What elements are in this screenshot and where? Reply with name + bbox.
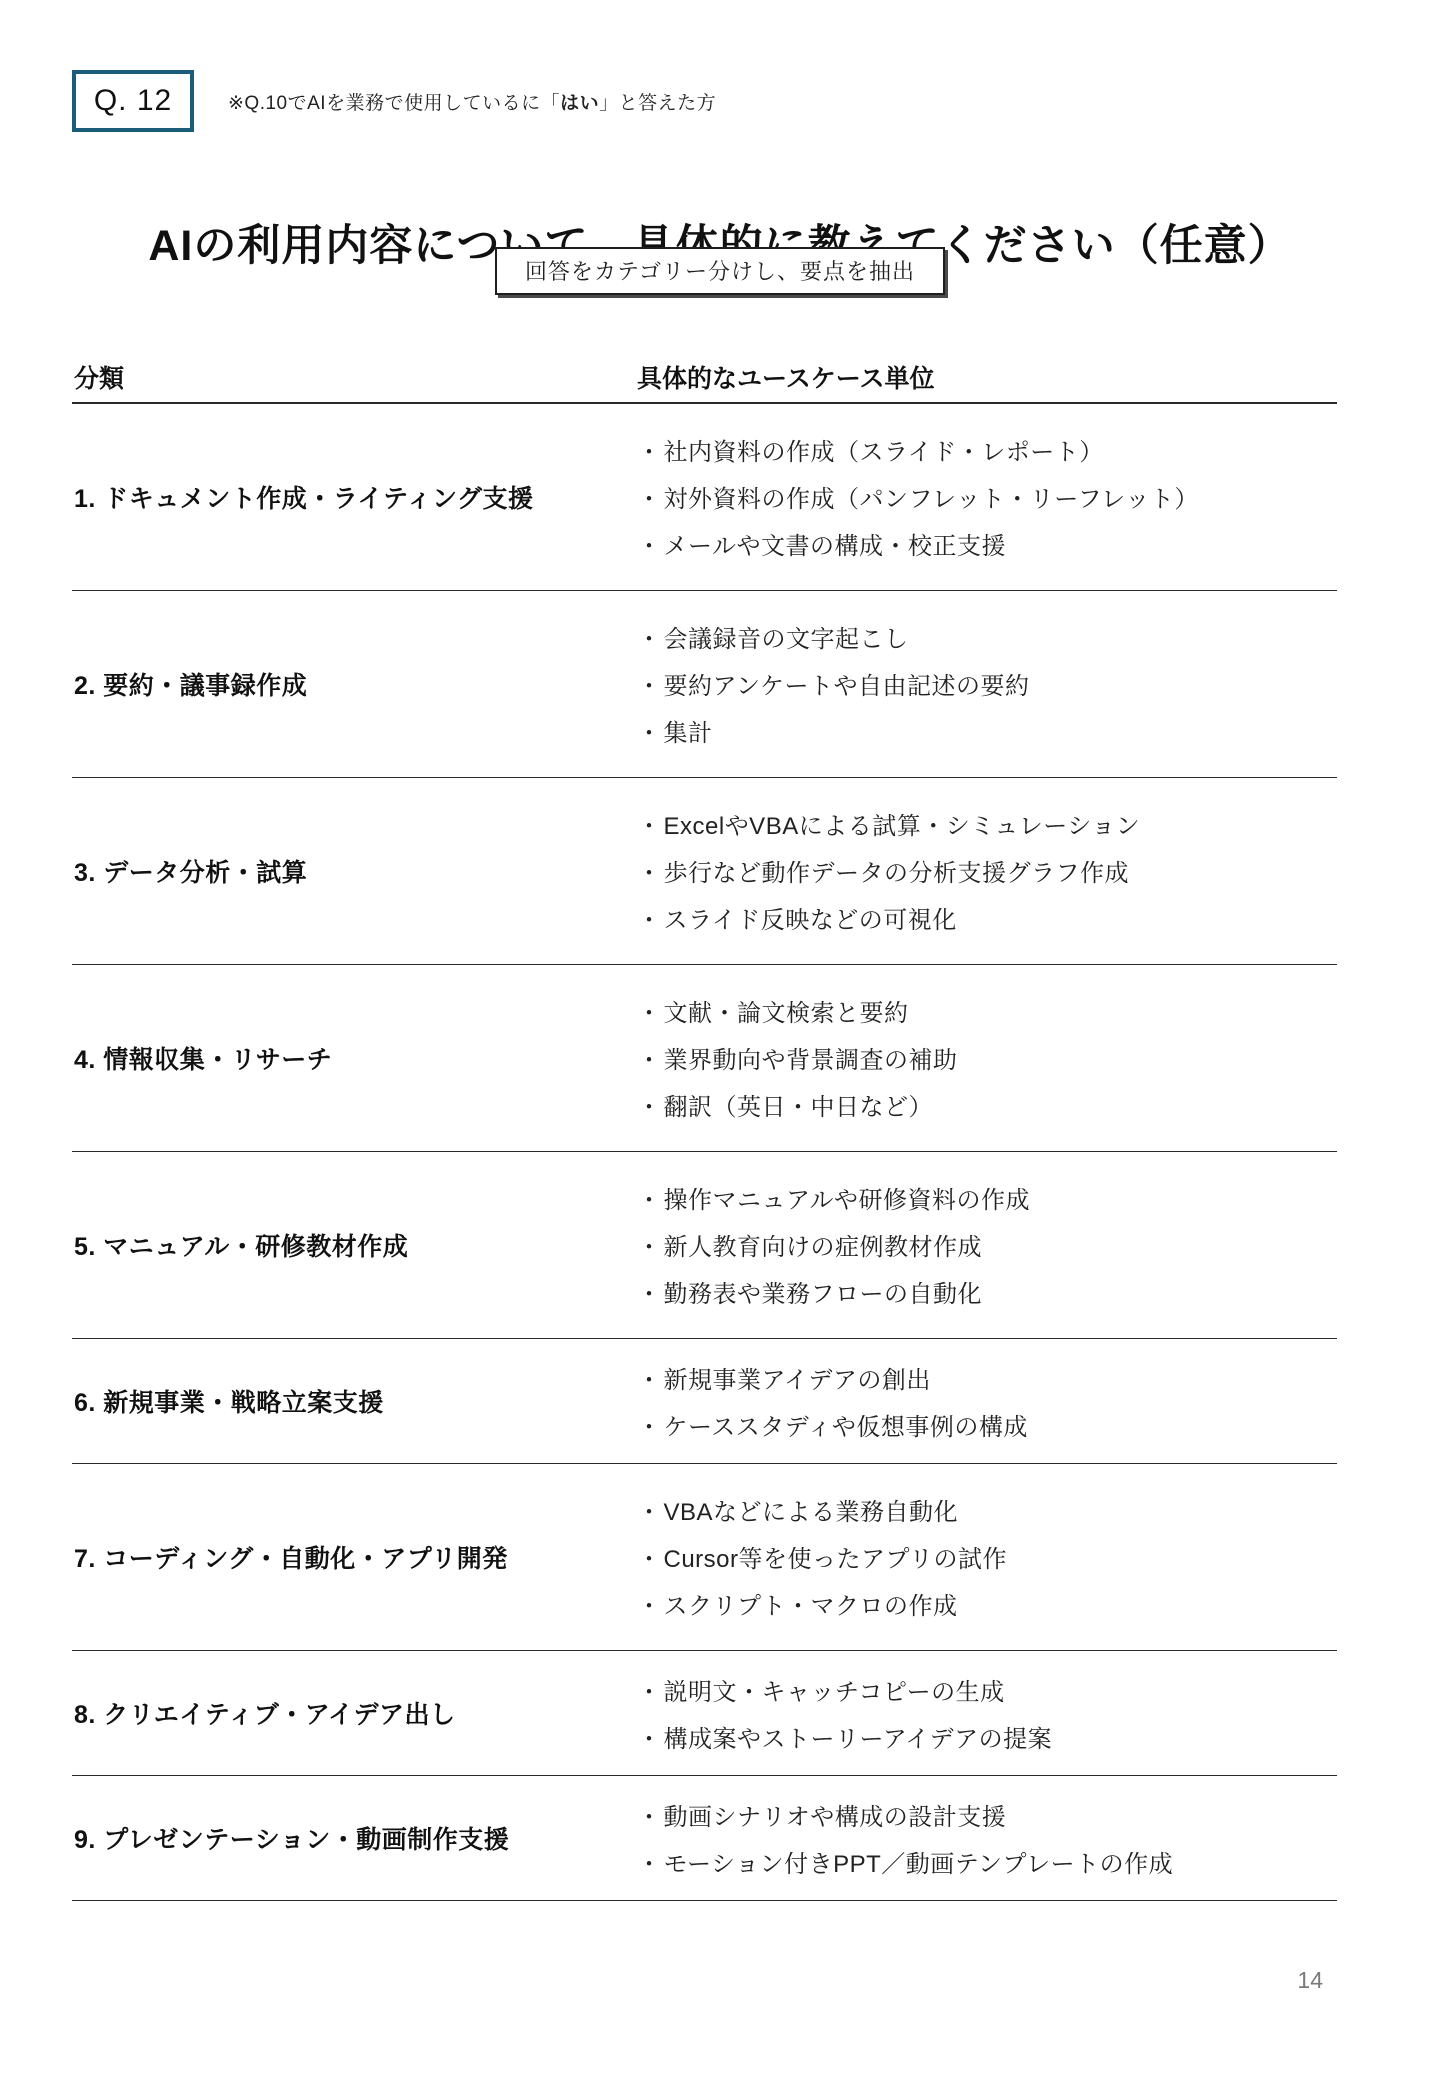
usecase-list: ・VBAなどによる業務自動化・Cursor等を使ったアプリの試作・スクリプト・マ… (637, 1486, 1337, 1627)
usecase-item: ・VBAなどによる業務自動化 (637, 1486, 1337, 1533)
usecase-list: ・説明文・キャッチコピーの生成・構成案やストーリーアイデアの提案 (637, 1666, 1337, 1760)
note-prefix: ※Q.10でAIを業務で使用しているに「 (228, 93, 560, 114)
category-label: 4. 情報収集・リサーチ (72, 1040, 637, 1076)
usecase-item: ・歩行など動作データの分析支援グラフ作成 (637, 847, 1337, 894)
bullet-icon: ・ (637, 900, 662, 935)
note-bold: はい (560, 93, 599, 114)
usecase-text: 会議録音の文字起こし (664, 619, 909, 654)
column-header-category: 分類 (72, 359, 637, 395)
bullet-icon: ・ (637, 1040, 662, 1075)
bullet-icon: ・ (637, 806, 662, 841)
column-header-usecases: 具体的なユースケース単位 (637, 359, 1337, 395)
bullet-icon: ・ (637, 619, 662, 654)
usecase-item: ・説明文・キャッチコピーの生成 (637, 1666, 1337, 1713)
question-filter-note: ※Q.10でAIを業務で使用しているに「はい」と答えた方 (228, 88, 716, 115)
usecase-text: スクリプト・マクロの作成 (664, 1586, 958, 1621)
bullet-icon: ・ (637, 1360, 662, 1395)
usecase-item: ・操作マニュアルや研修資料の作成 (637, 1174, 1337, 1221)
category-label: 9. プレゼンテーション・動画制作支援 (72, 1820, 637, 1856)
category-label: 5. マニュアル・研修教材作成 (72, 1227, 637, 1263)
category-label: 2. 要約・議事録作成 (72, 666, 637, 702)
usecase-item: ・文献・論文検索と要約 (637, 987, 1337, 1034)
bullet-icon: ・ (637, 1180, 662, 1215)
usecase-list: ・会議録音の文字起こし・要約アンケートや自由記述の要約・集計 (637, 613, 1337, 754)
bullet-icon: ・ (637, 1492, 662, 1527)
usecase-text: モーション付きPPT／動画テンプレートの作成 (664, 1844, 1174, 1879)
usecase-item: ・新人教育向けの症例教材作成 (637, 1221, 1337, 1268)
usecase-item: ・スクリプト・マクロの作成 (637, 1580, 1337, 1627)
usecase-item: ・Cursor等を使ったアプリの試作 (637, 1533, 1337, 1580)
usecase-text: 勤務表や業務フローの自動化 (664, 1274, 983, 1309)
usecase-text: 歩行など動作データの分析支援グラフ作成 (664, 853, 1130, 888)
category-label: 1. ドキュメント作成・ライティング支援 (72, 479, 637, 515)
usecase-item: ・集計 (637, 707, 1337, 754)
usecase-item: ・会議録音の文字起こし (637, 613, 1337, 660)
usecase-item: ・要約アンケートや自由記述の要約 (637, 660, 1337, 707)
usecase-text: VBAなどによる業務自動化 (664, 1492, 959, 1527)
bullet-icon: ・ (637, 1539, 662, 1574)
bullet-icon: ・ (637, 1227, 662, 1262)
bullet-icon: ・ (637, 1844, 662, 1879)
bullet-icon: ・ (637, 1672, 662, 1707)
usecase-item: ・ExcelやVBAによる試算・シミュレーション (637, 800, 1337, 847)
table-row: 8. クリエイティブ・アイデア出し・説明文・キャッチコピーの生成・構成案やストー… (72, 1651, 1337, 1776)
bullet-icon: ・ (637, 853, 662, 888)
usecase-item: ・業界動向や背景調査の補助 (637, 1034, 1337, 1081)
bullet-icon: ・ (637, 479, 662, 514)
usecase-item: ・動画シナリオや構成の設計支援 (637, 1791, 1337, 1838)
bullet-icon: ・ (637, 1087, 662, 1122)
usecase-text: メールや文書の構成・校正支援 (664, 526, 1007, 561)
table-row: 2. 要約・議事録作成・会議録音の文字起こし・要約アンケートや自由記述の要約・集… (72, 591, 1337, 778)
bullet-icon: ・ (637, 1719, 662, 1754)
usecase-text: 業界動向や背景調査の補助 (664, 1040, 958, 1075)
bullet-icon: ・ (637, 1586, 662, 1621)
usecase-item: ・ケーススタディや仮想事例の構成 (637, 1401, 1337, 1448)
usecase-item: ・スライド反映などの可視化 (637, 894, 1337, 941)
usecase-item: ・翻訳（英日・中日など） (637, 1081, 1337, 1128)
page-number: 14 (1297, 1967, 1323, 1994)
table-row: 3. データ分析・試算・ExcelやVBAによる試算・シミュレーション・歩行など… (72, 778, 1337, 965)
usecase-list: ・ExcelやVBAによる試算・シミュレーション・歩行など動作データの分析支援グ… (637, 800, 1337, 941)
method-caption-box: 回答をカテゴリー分けし、要点を抽出 (495, 247, 945, 295)
question-number-box: Q. 12 (72, 70, 194, 132)
usecase-item: ・社内資料の作成（スライド・レポート） (637, 426, 1337, 473)
question-header: Q. 12 ※Q.10でAIを業務で使用しているに「はい」と答えた方 (72, 70, 716, 132)
bullet-icon: ・ (637, 1274, 662, 1309)
table-row: 9. プレゼンテーション・動画制作支援・動画シナリオや構成の設計支援・モーション… (72, 1776, 1337, 1901)
table-row: 1. ドキュメント作成・ライティング支援・社内資料の作成（スライド・レポート）・… (72, 404, 1337, 591)
category-label: 3. データ分析・試算 (72, 853, 637, 889)
bullet-icon: ・ (637, 526, 662, 561)
usecase-text: 対外資料の作成（パンフレット・リーフレット） (664, 479, 1199, 514)
usecase-item: ・モーション付きPPT／動画テンプレートの作成 (637, 1838, 1337, 1885)
usecase-text: スライド反映などの可視化 (664, 900, 957, 935)
bullet-icon: ・ (637, 713, 662, 748)
usecase-text: Cursor等を使ったアプリの試作 (664, 1539, 1008, 1574)
usecase-text: 構成案やストーリーアイデアの提案 (664, 1719, 1053, 1754)
category-label: 8. クリエイティブ・アイデア出し (72, 1695, 637, 1731)
table-header-row: 分類 具体的なユースケース単位 (72, 352, 1337, 404)
usecase-item: ・構成案やストーリーアイデアの提案 (637, 1713, 1337, 1760)
usecase-list: ・文献・論文検索と要約・業界動向や背景調査の補助・翻訳（英日・中日など） (637, 987, 1337, 1128)
category-label: 6. 新規事業・戦略立案支援 (72, 1383, 637, 1419)
table-row: 4. 情報収集・リサーチ・文献・論文検索と要約・業界動向や背景調査の補助・翻訳（… (72, 965, 1337, 1152)
usecase-item: ・新規事業アイデアの創出 (637, 1354, 1337, 1401)
usecase-list: ・新規事業アイデアの創出・ケーススタディや仮想事例の構成 (637, 1354, 1337, 1448)
usecase-text: 動画シナリオや構成の設計支援 (664, 1797, 1007, 1832)
usecase-text: 文献・論文検索と要約 (664, 993, 909, 1028)
usecase-item: ・メールや文書の構成・校正支援 (637, 520, 1337, 567)
category-label: 7. コーディング・自動化・アプリ開発 (72, 1539, 637, 1575)
table-row: 7. コーディング・自動化・アプリ開発・VBAなどによる業務自動化・Cursor… (72, 1464, 1337, 1651)
note-suffix: 」と答えた方 (599, 93, 716, 114)
usecase-text: 翻訳（英日・中日など） (664, 1087, 934, 1122)
usecase-text: 操作マニュアルや研修資料の作成 (664, 1180, 1031, 1215)
bullet-icon: ・ (637, 432, 662, 467)
usecase-text: 新規事業アイデアの創出 (664, 1360, 931, 1395)
usecase-list: ・動画シナリオや構成の設計支援・モーション付きPPT／動画テンプレートの作成 (637, 1791, 1337, 1885)
bullet-icon: ・ (637, 1797, 662, 1832)
usecase-table-body: 1. ドキュメント作成・ライティング支援・社内資料の作成（スライド・レポート）・… (72, 404, 1337, 1901)
bullet-icon: ・ (637, 1407, 662, 1442)
usecase-list: ・操作マニュアルや研修資料の作成・新人教育向けの症例教材作成・勤務表や業務フロー… (637, 1174, 1337, 1315)
usecase-list: ・社内資料の作成（スライド・レポート）・対外資料の作成（パンフレット・リーフレッ… (637, 426, 1337, 567)
table-row: 5. マニュアル・研修教材作成・操作マニュアルや研修資料の作成・新人教育向けの症… (72, 1152, 1337, 1339)
table-row: 6. 新規事業・戦略立案支援・新規事業アイデアの創出・ケーススタディや仮想事例の… (72, 1339, 1337, 1464)
usecase-text: ExcelやVBAによる試算・シミュレーション (664, 806, 1141, 841)
usecase-item: ・対外資料の作成（パンフレット・リーフレット） (637, 473, 1337, 520)
bullet-icon: ・ (637, 666, 662, 701)
usecase-item: ・勤務表や業務フローの自動化 (637, 1268, 1337, 1315)
usecase-table: 分類 具体的なユースケース単位 1. ドキュメント作成・ライティング支援・社内資… (72, 352, 1337, 1901)
usecase-text: 新人教育向けの症例教材作成 (664, 1227, 983, 1262)
usecase-text: 集計 (664, 713, 713, 748)
bullet-icon: ・ (637, 993, 662, 1028)
usecase-text: 要約アンケートや自由記述の要約 (664, 666, 1030, 701)
question-number-label: Q. 12 (94, 84, 172, 118)
usecase-text: 社内資料の作成（スライド・レポート） (664, 432, 1104, 467)
usecase-text: ケーススタディや仮想事例の構成 (664, 1407, 1028, 1442)
usecase-text: 説明文・キャッチコピーの生成 (664, 1672, 1005, 1707)
subtitle-container: 回答をカテゴリー分けし、要点を抽出 (0, 247, 1440, 295)
